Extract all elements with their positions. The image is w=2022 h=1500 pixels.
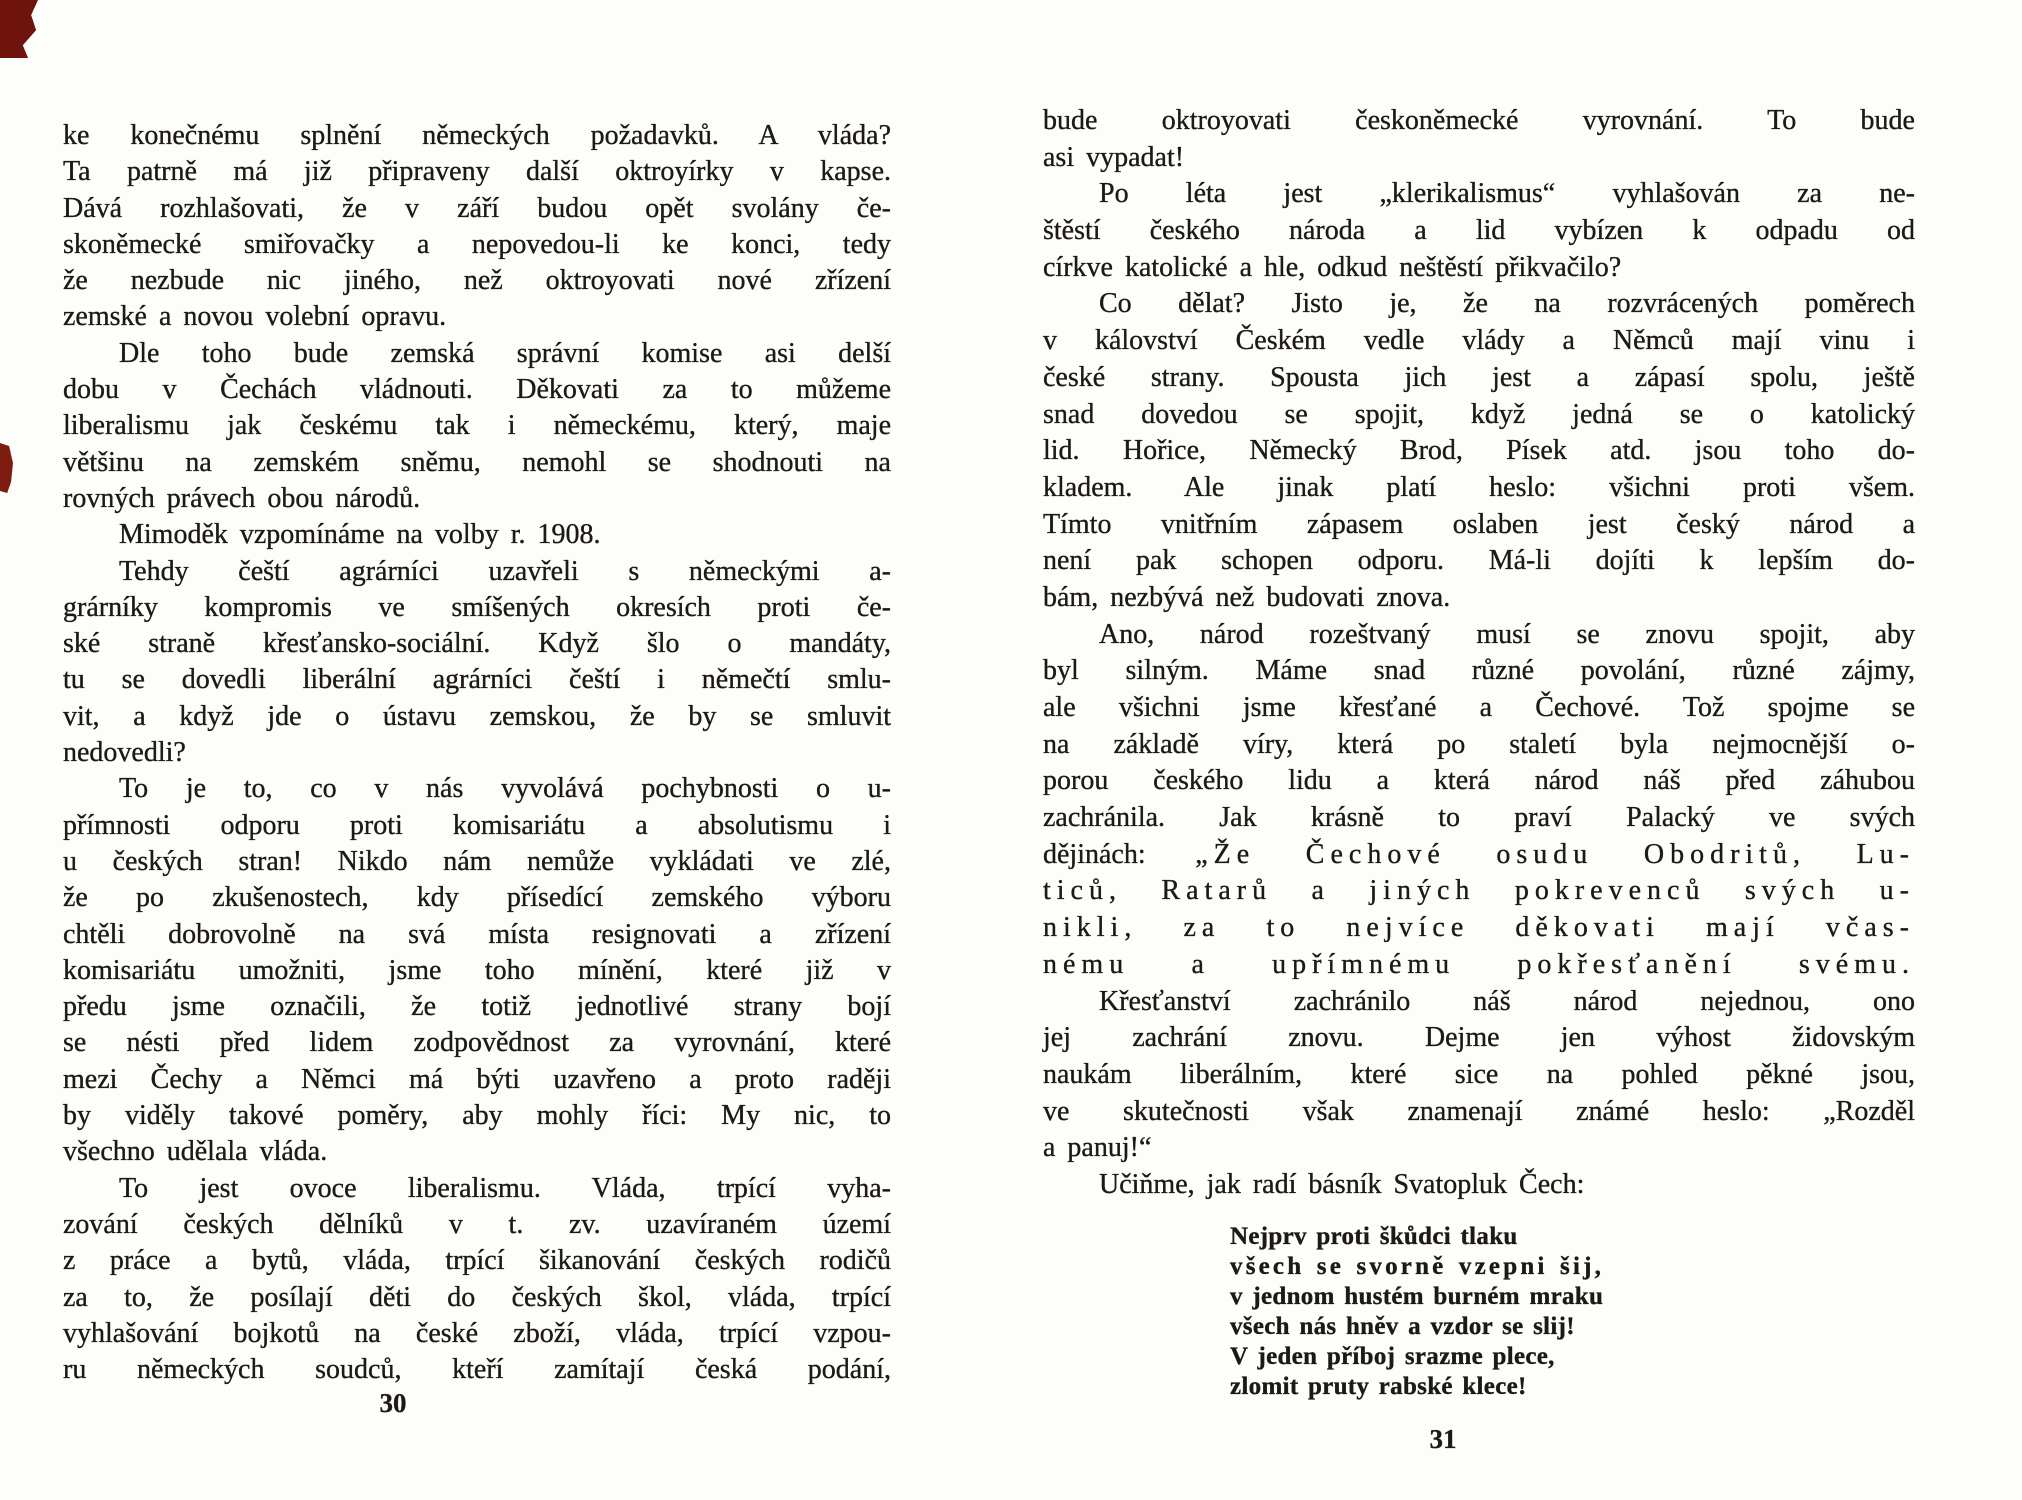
text-line: české strany. Spousta jich jest a zápasí… xyxy=(1043,360,1915,397)
text-line: ru německých soudců, kteří zamítají česk… xyxy=(63,1352,891,1388)
text-line: všech nás hněv a vzdor se slij! xyxy=(1230,1312,1915,1342)
text-line: porou českého lidu a která národ náš pře… xyxy=(1043,763,1915,800)
left-page: ke konečnému splnění německých požadavků… xyxy=(63,118,891,1388)
text-line: Učiňme, jak radí básník Svatopluk Čech: xyxy=(1043,1167,1915,1204)
text-line: bude oktroyovati českoněmecké vyrovnání.… xyxy=(1043,103,1915,140)
text-line: všech se svorně vzepni šij, xyxy=(1230,1252,1915,1282)
text-line: většinu na zemském sněmu, nemohl se shod… xyxy=(63,445,891,481)
text-line: vit, a když jde o ústavu zemskou, že by … xyxy=(63,699,891,735)
text-line: Mimoděk vzpomínáme na volby r. 1908. xyxy=(63,517,891,553)
text-line: snad dovedou se spojit, když jedná se o … xyxy=(1043,397,1915,434)
text-line: Ta patrně má již připraveny další oktroy… xyxy=(63,154,891,190)
text-line: grárníky kompromis ve smíšených okresích… xyxy=(63,590,891,626)
red-ink-mark-corner xyxy=(0,0,38,58)
text-line: předu jsme označili, že totiž jednotlivé… xyxy=(63,989,891,1025)
text-line: z práce a bytů, vláda, trpící šikanování… xyxy=(63,1243,891,1279)
text-line: zlomit pruty rabské klece! xyxy=(1230,1372,1915,1402)
text-line: Tehdy čeští agrárníci uzavřeli s německý… xyxy=(63,554,891,590)
text-line: vyhlašování bojkotů na české zboží, vlád… xyxy=(63,1316,891,1352)
text-line: ve skutečnosti však znamenají známé hesl… xyxy=(1043,1094,1915,1131)
text-line: liberalismu jak českému tak i německému,… xyxy=(63,408,891,444)
left-page-text: ke konečnému splnění německých požadavků… xyxy=(63,118,891,1388)
text-line: Dává rozhlašovati, že v září budou opět … xyxy=(63,191,891,227)
text-line: jej zachrání znovu. Dejme jen výhost žid… xyxy=(1043,1020,1915,1057)
text-line: skoněmecké smiřovačky a nepovedou-li ke … xyxy=(63,227,891,263)
page-number-left: 30 xyxy=(63,1388,723,1419)
text-line: tu se dovedli liberální agrárníci čeští … xyxy=(63,662,891,698)
text-line: u českých stran! Nikdo nám nemůže vyklád… xyxy=(63,844,891,880)
text-line: lid. Hořice, Německý Brod, Písek atd. js… xyxy=(1043,433,1915,470)
text-line: Ano, národ rozeštvaný musí se znovu spoj… xyxy=(1043,617,1915,654)
red-ink-mark-edge xyxy=(0,443,13,493)
text-line: bám, nezbývá než budovati znova. xyxy=(1043,580,1915,617)
text-line: všechno udělala vláda. xyxy=(63,1134,891,1170)
text-line: že nezbude nic jiného, než oktroyovati n… xyxy=(63,263,891,299)
text-line: Dle toho bude zemská správní komise asi … xyxy=(63,336,891,372)
text-line: přímnosti odporu proti komisariátu a abs… xyxy=(63,808,891,844)
text-line: zování českých dělníků v t. zv. uzavíran… xyxy=(63,1207,891,1243)
text-line: ské straně křesťansko-sociální. Když šlo… xyxy=(63,626,891,662)
text-line: asi vypadat! xyxy=(1043,140,1915,177)
text-line: ke konečnému splnění německých požadavků… xyxy=(63,118,891,154)
text-line: mezi Čechy a Němci má býti uzavřeno a pr… xyxy=(63,1062,891,1098)
right-page: bude oktroyovati českoněmecké vyrovnání.… xyxy=(1043,103,1915,1402)
text-line: V jeden příboj srazme plece, xyxy=(1230,1342,1915,1372)
right-page-text: bude oktroyovati českoněmecké vyrovnání.… xyxy=(1043,103,1915,1204)
text-line: kladem. Ale jinak platí heslo: všichni p… xyxy=(1043,470,1915,507)
text-line: naukám liberálním, které sice na pohled … xyxy=(1043,1057,1915,1094)
text-line: rovných právech obou národů. xyxy=(63,481,891,517)
text-line: že po zkušenostech, kdy přísedící zemské… xyxy=(63,880,891,916)
text-line: zemské a novou volební opravu. xyxy=(63,299,891,335)
text-line: a panuj!“ xyxy=(1043,1130,1915,1167)
text-line: v jednom hustém burném mraku xyxy=(1230,1282,1915,1312)
text-line: Nejprv proti škůdci tlaku xyxy=(1230,1222,1915,1252)
text-line: by viděly takové poměry, aby mohly říci:… xyxy=(63,1098,891,1134)
text-line: štěstí českého národa a lid vybízen k od… xyxy=(1043,213,1915,250)
page-number-right: 31 xyxy=(1043,1424,1843,1455)
text-line: Co dělat? Jisto je, že na rozvrácených p… xyxy=(1043,286,1915,323)
text-line: za to, že posílají děti do českých škol,… xyxy=(63,1280,891,1316)
text-line: zachránila. Jak krásně to praví Palacký … xyxy=(1043,800,1915,837)
text-line: dobu v Čechách vládnouti. Děkovati za to… xyxy=(63,372,891,408)
text-line: chtěli dobrovolně na svá místa resignova… xyxy=(63,917,891,953)
text-line: ticů, Ratarů a jiných pokrevenců svých u… xyxy=(1043,873,1915,910)
text-line: nedovedli? xyxy=(63,735,891,771)
text-line: dějinách: „Že Čechové osudu Obodritů, Lu… xyxy=(1043,837,1915,874)
text-line: nému a upřímnému pokřesťanění svému. xyxy=(1043,947,1915,984)
text-line: církve katolické a hle, odkud neštěstí p… xyxy=(1043,250,1915,287)
text-line: není pak schopen odporu. Má-li dojíti k … xyxy=(1043,543,1915,580)
text-line: se nésti před lidem zodpovědnost za vyro… xyxy=(63,1025,891,1061)
text-line: To je to, co v nás vyvolává pochybnosti … xyxy=(63,771,891,807)
text-line: Tímto vnitřním zápasem oslaben jest česk… xyxy=(1043,507,1915,544)
text-line: komisariátu umožniti, jsme toho mínění, … xyxy=(63,953,891,989)
text-line: v kálovství Českém vedle vlády a Němců m… xyxy=(1043,323,1915,360)
text-line: Křesťanství zachránilo náš národ nejedno… xyxy=(1043,984,1915,1021)
text-line: byl silným. Máme snad různé povolání, rů… xyxy=(1043,653,1915,690)
text-line: Po léta jest „klerikalismus“ vyhlašován … xyxy=(1043,176,1915,213)
text-line: nikli, za to nejvíce děkovati mají včas- xyxy=(1043,910,1915,947)
text-line: na základě víry, která po staletí byla n… xyxy=(1043,727,1915,764)
text-line: ale všichni jsme křesťané a Čechové. Tož… xyxy=(1043,690,1915,727)
poem-block: Nejprv proti škůdci tlakuvšech se svorně… xyxy=(1230,1222,1915,1402)
text-line: To jest ovoce liberalismu. Vláda, trpící… xyxy=(63,1171,891,1207)
